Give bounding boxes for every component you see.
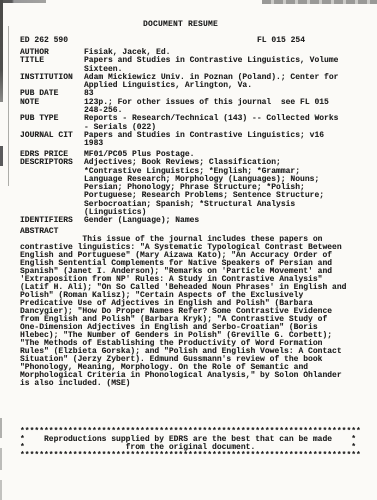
- scan-edge-left-dash: [0, 146, 3, 166]
- field-label: PUB TYPE: [20, 115, 84, 123]
- field-row-identifiers: IDENTIFIERS Gender (Language); Names: [20, 217, 364, 225]
- fl-number: FL 015 254: [257, 37, 305, 45]
- field-label: IDENTIFIERS: [20, 217, 84, 225]
- field-value: Adjectives; Book Reviews; Classification…: [84, 159, 324, 217]
- bibliographic-fields: AUTHOR Fisiak, Jacek, Ed. TITLE Papers a…: [20, 49, 364, 149]
- page-fold-line: [8, 26, 9, 186]
- scan-edge-left-lower-3: [0, 480, 2, 500]
- field-row-pub-type: PUB TYPE Reports - Research/Technical (1…: [20, 115, 364, 132]
- field-row-title: TITLE Papers and Studies in Contrastive …: [20, 57, 364, 74]
- field-row-journal-cit: JOURNAL CIT Papers and Studies in Contra…: [20, 132, 364, 149]
- field-value: Reports - Research/Technical (143) -- Co…: [84, 115, 338, 132]
- abstract-text: This issue of the journal includes these…: [20, 236, 346, 388]
- scan-edge-left-upper: [0, 0, 3, 102]
- document-resume-page: DOCUMENT RESUME ED 262 590 FL 015 254 AU…: [0, 0, 377, 500]
- indexing-fields: EDRS PRICE MF01/PC05 Plus Postage. DESCR…: [20, 151, 364, 226]
- field-value: Adam Mickiewicz Univ. in Poznan (Poland)…: [84, 74, 338, 91]
- scan-edge-left-lower-2: [0, 448, 2, 470]
- field-label: DESCRIPTORS: [20, 159, 84, 167]
- field-row-note: NOTE 123p.; For other issues of this jou…: [20, 99, 364, 116]
- field-row-institution: INSTITUTION Adam Mickiewicz Univ. in Poz…: [20, 74, 364, 91]
- field-label: INSTITUTION: [20, 74, 84, 82]
- page-title: DOCUMENT RESUME: [143, 21, 218, 29]
- scan-edge-top-right: [262, 0, 377, 4]
- field-label: NOTE: [20, 99, 84, 107]
- ed-number: ED 262 590: [20, 37, 68, 45]
- field-label: TITLE: [20, 57, 84, 65]
- field-value: Papers and Studies in Contrastive Lingui…: [84, 57, 338, 74]
- scan-edge-left-lower-1: [0, 418, 2, 438]
- field-value: 123p.; For other issues of this journal …: [84, 99, 329, 116]
- field-label: JOURNAL CIT: [20, 132, 84, 140]
- field-row-descriptors: DESCRIPTORS Adjectives; Book Reviews; Cl…: [20, 159, 364, 217]
- scan-edge-top-left: [0, 0, 46, 3]
- edrs-reproduction-notice: ****************************************…: [20, 428, 361, 460]
- field-value: Gender (Language); Names: [84, 217, 199, 225]
- field-value: Papers and Studies in Contrastive Lingui…: [84, 132, 324, 149]
